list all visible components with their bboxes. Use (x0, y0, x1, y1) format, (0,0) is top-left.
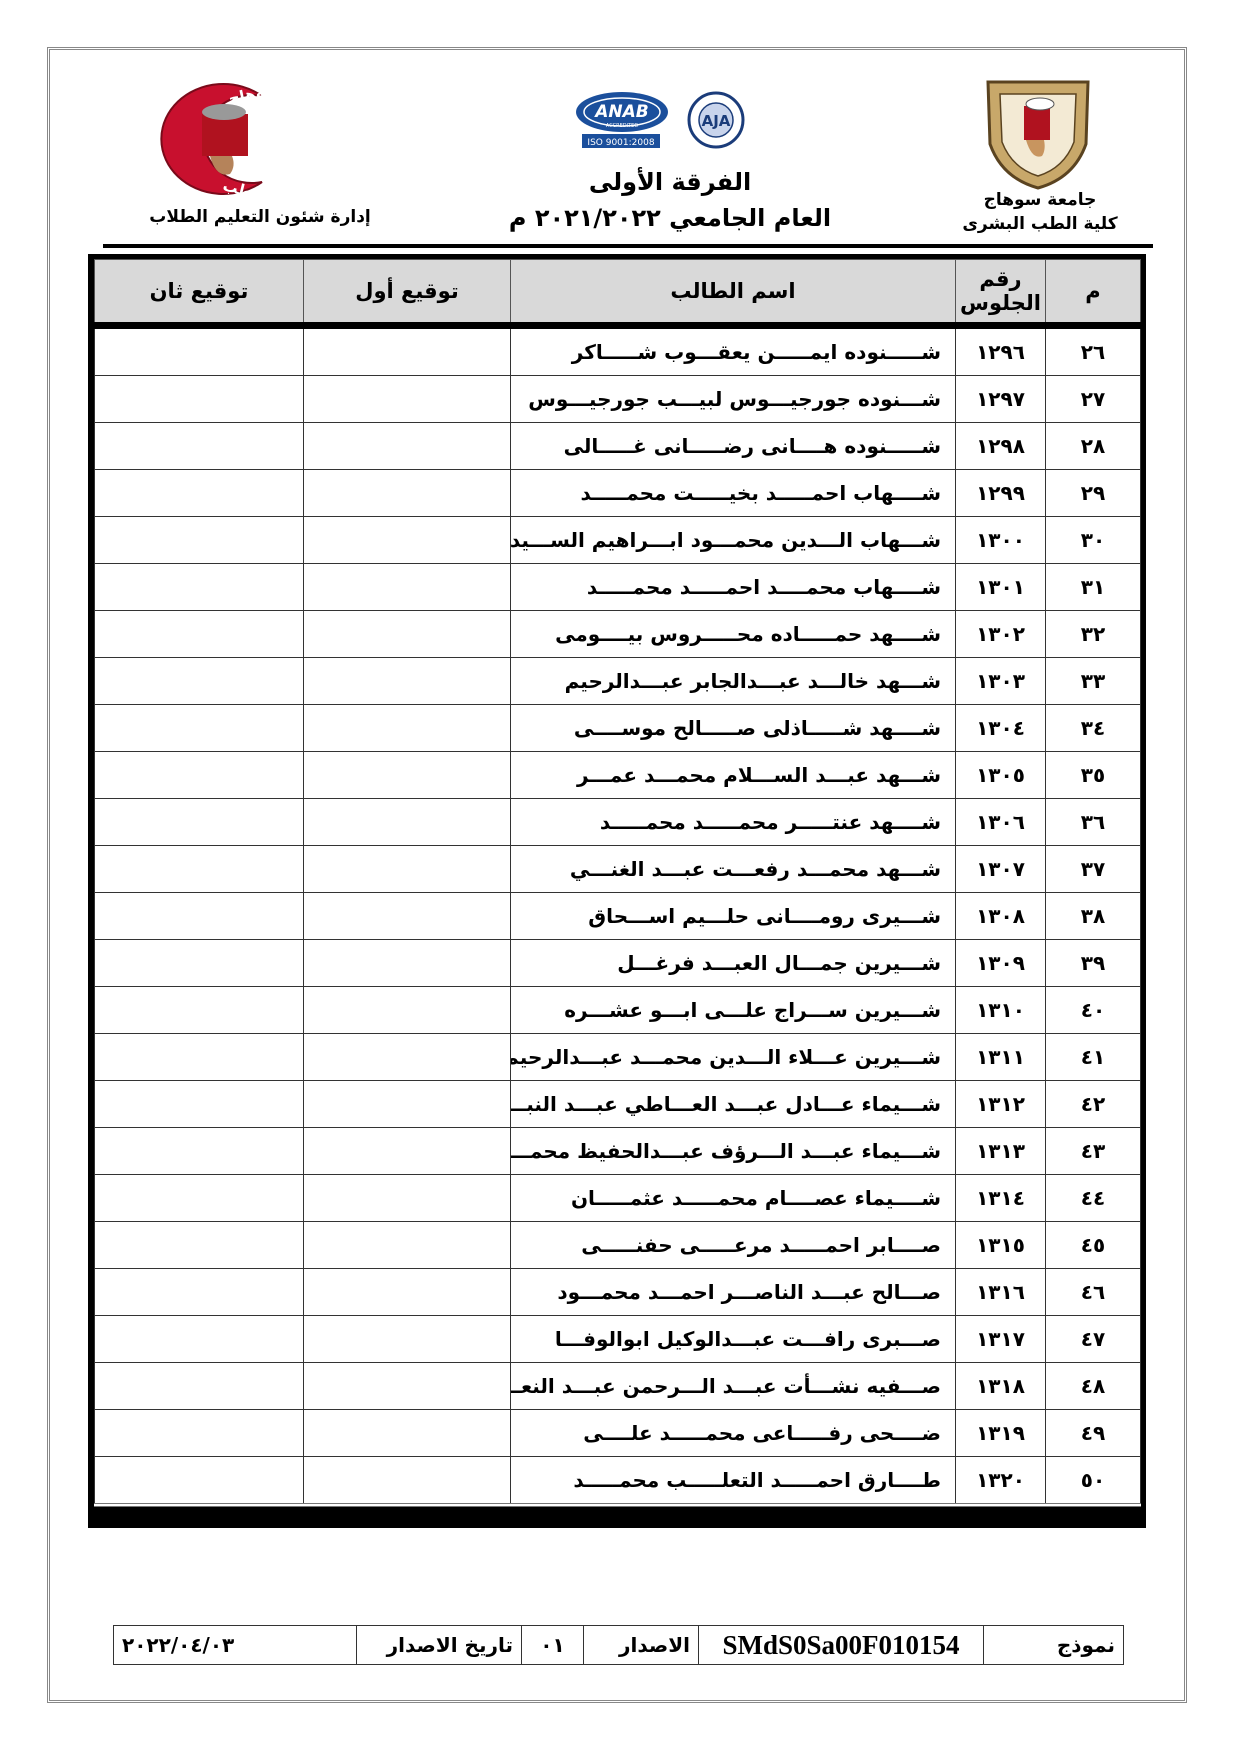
seat-number: ١٣٠٠ (956, 517, 1046, 564)
first-signature-cell[interactable] (304, 1222, 511, 1269)
faculty-logo: جامعة سوهاج كلية الطب (112, 78, 312, 198)
table-row: ٤١١٣١١شـــيرين عـــلاء الـــدين محمـــد … (95, 1034, 1141, 1081)
issue-date: ٢٠٢٢/٠٤/٠٣ (114, 1626, 357, 1665)
seat-number: ١٣٠١ (956, 564, 1046, 611)
student-name: شـــهد خالـــد عبـــدالجابر عبـــدالرحيم (511, 658, 956, 705)
second-signature-cell[interactable] (95, 423, 304, 470)
student-name: شـــيرين عـــلاء الـــدين محمـــد عبـــد… (511, 1034, 956, 1081)
student-name: شـــهاب الـــدين محمـــود ابـــراهيم الس… (511, 517, 956, 564)
row-index: ٤٩ (1046, 1410, 1141, 1457)
seat-number: ١٣٠٧ (956, 846, 1046, 893)
first-signature-cell[interactable] (304, 517, 511, 564)
student-name: شـــهد محمـــد رفعـــت عبـــد الغنـــي (511, 846, 956, 893)
row-index: ٣٥ (1046, 752, 1141, 799)
row-index: ٤٨ (1046, 1363, 1141, 1410)
svg-text:ACCREDITED: ACCREDITED (606, 123, 638, 129)
svg-text:AJA: AJA (702, 112, 731, 130)
student-name: شـــيرين ســـراج علـــى ابـــو عشـــره (511, 987, 956, 1034)
second-signature-cell[interactable] (95, 470, 304, 517)
row-index: ٣٦ (1046, 799, 1141, 846)
row-index: ٤٠ (1046, 987, 1141, 1034)
col-header-first-signature: توقيع أول (304, 260, 511, 326)
university-name: جامعة سوهاج (960, 188, 1120, 212)
row-index: ٢٦ (1046, 326, 1141, 376)
second-signature-cell[interactable] (95, 1363, 304, 1410)
table-row: ٢٧١٢٩٧شـــنوده جورجيـــوس لبيـــب جورجيـ… (95, 376, 1141, 423)
first-signature-cell[interactable] (304, 987, 511, 1034)
form-info-table: نموذج SMdS0Sa00F010154 الاصدار ٠١ تاريخ … (113, 1625, 1124, 1665)
row-index: ٤١ (1046, 1034, 1141, 1081)
first-signature-cell[interactable] (304, 326, 511, 376)
student-name: شـــــنوده هــــانى رضـــــانى غـــــالى (511, 423, 956, 470)
table-row: ٣٨١٣٠٨شـــيرى رومــــانى حلـــيم اســـحا… (95, 893, 1141, 940)
first-signature-cell[interactable] (304, 1128, 511, 1175)
table-row: ٣٥١٣٠٥شـــهد عبـــد الســـلام محمـــد عم… (95, 752, 1141, 799)
first-signature-cell[interactable] (304, 1034, 511, 1081)
student-name: شــــيماء عصــــام محمـــــد عثمـــــان (511, 1175, 956, 1222)
second-signature-cell[interactable] (95, 611, 304, 658)
first-signature-cell[interactable] (304, 705, 511, 752)
row-index: ٣٣ (1046, 658, 1141, 705)
second-signature-cell[interactable] (95, 1128, 304, 1175)
table-row: ٣٦١٣٠٦شــــهد عنتـــــر محمـــــد محمـــ… (95, 799, 1141, 846)
seat-number: ١٣١٠ (956, 987, 1046, 1034)
seat-number: ١٣٠٩ (956, 940, 1046, 987)
student-name: طــــارق احمـــــد التعلـــــب محمـــــد (511, 1457, 956, 1506)
first-signature-cell[interactable] (304, 1175, 511, 1222)
student-name: شــــهاب احمـــــد بخيـــــت محمـــــد (511, 470, 956, 517)
table-row: ٤٩١٣١٩ضــــحى رفـــــاعى محمـــــد علـــ… (95, 1410, 1141, 1457)
second-signature-cell[interactable] (95, 893, 304, 940)
row-index: ٣٧ (1046, 846, 1141, 893)
aja-logo: AJA (689, 93, 743, 147)
second-signature-cell[interactable] (95, 1081, 304, 1128)
second-signature-cell[interactable] (95, 1316, 304, 1363)
row-index: ٢٩ (1046, 470, 1141, 517)
logo-text-top: جامعة سوهاج (227, 78, 312, 108)
seat-number: ١٣٠٦ (956, 799, 1046, 846)
student-name: شـــيماء عـــادل عبـــد العـــاطي عبـــد… (511, 1081, 956, 1128)
header-rule (103, 244, 1153, 248)
seat-number: ١٣١٨ (956, 1363, 1046, 1410)
first-signature-cell[interactable] (304, 1363, 511, 1410)
second-signature-cell[interactable] (95, 1269, 304, 1316)
row-index: ٤٧ (1046, 1316, 1141, 1363)
first-signature-cell[interactable] (304, 470, 511, 517)
second-signature-cell[interactable] (95, 752, 304, 799)
seat-number: ١٣٠٨ (956, 893, 1046, 940)
student-name: شـــهد عبـــد الســـلام محمـــد عمـــر (511, 752, 956, 799)
svg-text:ISO 9001:2008: ISO 9001:2008 (587, 138, 654, 148)
second-signature-cell[interactable] (95, 564, 304, 611)
logo-text-bottom: كلية الطب (221, 176, 300, 198)
second-signature-cell[interactable] (95, 1034, 304, 1081)
second-signature-cell[interactable] (95, 376, 304, 423)
first-signature-cell[interactable] (304, 1410, 511, 1457)
student-name: شــــهد عنتـــــر محمـــــد محمـــــد (511, 799, 956, 846)
second-signature-cell[interactable] (95, 799, 304, 846)
issue-label: الاصدار (584, 1626, 699, 1665)
first-signature-cell[interactable] (304, 376, 511, 423)
student-name: شـــنوده جورجيـــوس لبيـــب جورجيـــوس (511, 376, 956, 423)
table-row: ٣٧١٣٠٧شـــهد محمـــد رفعـــت عبـــد الغن… (95, 846, 1141, 893)
table-header-row: م رقم الجلوس اسم الطالب توقيع أول توقيع … (95, 260, 1141, 326)
table-row: ٤٧١٣١٧صـــبرى رافـــت عبـــدالوكيل ابوال… (95, 1316, 1141, 1363)
row-index: ٢٧ (1046, 376, 1141, 423)
accreditation-logos: ANAB ACCREDITED ISO 9001:2008 AJA (570, 90, 760, 154)
table-row: ٢٨١٢٩٨شـــــنوده هــــانى رضـــــانى غــ… (95, 423, 1141, 470)
first-signature-cell[interactable] (304, 1457, 511, 1506)
table-row: ٣٢١٣٠٢شــــهد حمـــــاده محـــــروس بيــ… (95, 611, 1141, 658)
first-signature-cell[interactable] (304, 1081, 511, 1128)
student-name: صــــابر احمـــــد مرعـــــى حفنـــــى (511, 1222, 956, 1269)
student-name: شــــهد شـــــاذلى صـــــالح موســــى (511, 705, 956, 752)
seat-number: ١٣١٤ (956, 1175, 1046, 1222)
second-signature-cell[interactable] (95, 846, 304, 893)
col-header-second-signature: توقيع ثان (95, 260, 304, 326)
form-code: SMdS0Sa00F010154 (699, 1626, 984, 1665)
anab-logo: ANAB ACCREDITED ISO 9001:2008 (576, 92, 668, 148)
row-index: ٣٤ (1046, 705, 1141, 752)
first-signature-cell[interactable] (304, 893, 511, 940)
svg-text:ANAB: ANAB (593, 102, 649, 122)
second-signature-cell[interactable] (95, 1222, 304, 1269)
first-signature-cell[interactable] (304, 940, 511, 987)
grade-title: الفرقة الأولى (480, 168, 860, 196)
table-row: ٤٥١٣١٥صــــابر احمـــــد مرعـــــى حفنــ… (95, 1222, 1141, 1269)
student-name: شـــيماء عبـــد الـــرؤف عبـــدالحفيظ مح… (511, 1128, 956, 1175)
seat-number: ١٣٢٠ (956, 1457, 1046, 1506)
student-name: ضــــحى رفـــــاعى محمـــــد علــــى (511, 1410, 956, 1457)
first-signature-cell[interactable] (304, 799, 511, 846)
row-index: ٣٢ (1046, 611, 1141, 658)
row-index: ٣٨ (1046, 893, 1141, 940)
table-row: ٣٩١٣٠٩شـــيرين جمـــال العبـــد فرغـــل (95, 940, 1141, 987)
table-row: ٤٨١٣١٨صـــفيه نشـــأت عبـــد الـــرحمن ع… (95, 1363, 1141, 1410)
row-index: ٤٦ (1046, 1269, 1141, 1316)
department-label: إدارة شئون التعليم الطلاب (140, 207, 380, 227)
table-row: ٤٠١٣١٠شـــيرين ســـراج علـــى ابـــو عشـ… (95, 987, 1141, 1034)
student-name: شـــيرى رومــــانى حلـــيم اســـحاق (511, 893, 956, 940)
row-index: ٣٩ (1046, 940, 1141, 987)
faculty-name: كلية الطب البشرى (960, 212, 1120, 236)
academic-year-title: العام الجامعي ٢٠٢١/٢٠٢٢ م (470, 204, 870, 232)
form-footer: نموذج SMdS0Sa00F010154 الاصدار ٠١ تاريخ … (113, 1625, 1123, 1665)
table-row: ٢٩١٢٩٩شــــهاب احمـــــد بخيـــــت محمــ… (95, 470, 1141, 517)
table-row: ٣١١٣٠١شــــهاب محمــــد احمـــــد محمـــ… (95, 564, 1141, 611)
table-row: ٣٤١٣٠٤شــــهد شـــــاذلى صـــــالح موســ… (95, 705, 1141, 752)
seat-number: ١٣١٣ (956, 1128, 1046, 1175)
seat-number: ١٣١٢ (956, 1081, 1046, 1128)
table-row: ٢٦١٢٩٦شـــــنوده ايمـــــن يعقـــوب شـــ… (95, 326, 1141, 376)
first-signature-cell[interactable] (304, 564, 511, 611)
roster-body: ٢٦١٢٩٦شـــــنوده ايمـــــن يعقـــوب شـــ… (95, 326, 1141, 1506)
student-name: شـــيرين جمـــال العبـــد فرغـــل (511, 940, 956, 987)
second-signature-cell[interactable] (95, 1457, 304, 1506)
seat-number: ١٣١٥ (956, 1222, 1046, 1269)
table-row: ٥٠١٣٢٠طــــارق احمـــــد التعلـــــب محم… (95, 1457, 1141, 1506)
table-row: ٤٢١٣١٢شـــيماء عـــادل عبـــد العـــاطي … (95, 1081, 1141, 1128)
student-name: صـــفيه نشـــأت عبـــد الـــرحمن عبـــد … (511, 1363, 956, 1410)
row-index: ٤٤ (1046, 1175, 1141, 1222)
roster-table: م رقم الجلوس اسم الطالب توقيع أول توقيع … (94, 259, 1141, 1507)
second-signature-cell[interactable] (95, 517, 304, 564)
row-index: ٤٥ (1046, 1222, 1141, 1269)
table-row: ٣٠١٣٠٠شـــهاب الـــدين محمـــود ابـــراه… (95, 517, 1141, 564)
second-signature-cell[interactable] (95, 658, 304, 705)
row-index: ٣٠ (1046, 517, 1141, 564)
table-row: ٣٣١٣٠٣شـــهد خالـــد عبـــدالجابر عبـــد… (95, 658, 1141, 705)
first-signature-cell[interactable] (304, 423, 511, 470)
seat-number: ١٢٩٩ (956, 470, 1046, 517)
second-signature-cell[interactable] (95, 940, 304, 987)
row-index: ٤٣ (1046, 1128, 1141, 1175)
first-signature-cell[interactable] (304, 752, 511, 799)
first-signature-cell[interactable] (304, 658, 511, 705)
first-signature-cell[interactable] (304, 1316, 511, 1363)
first-signature-cell[interactable] (304, 611, 511, 658)
university-crest (978, 74, 1098, 192)
seat-number: ١٢٩٨ (956, 423, 1046, 470)
row-index: ٣١ (1046, 564, 1141, 611)
col-header-student-name: اسم الطالب (511, 260, 956, 326)
student-name: صـــالح عبـــد الناصـــر احمـــد محمـــو… (511, 1269, 956, 1316)
second-signature-cell[interactable] (95, 987, 304, 1034)
student-name: شـــــنوده ايمـــــن يعقـــوب شـــــاكر (511, 326, 956, 376)
table-row: ٤٣١٣١٣شـــيماء عبـــد الـــرؤف عبـــدالح… (95, 1128, 1141, 1175)
second-signature-cell[interactable] (95, 1410, 304, 1457)
seat-number: ١٣١١ (956, 1034, 1046, 1081)
row-index: ٥٠ (1046, 1457, 1141, 1506)
issue-number: ٠١ (522, 1626, 584, 1665)
university-label: جامعة سوهاج كلية الطب البشرى (960, 188, 1120, 236)
second-signature-cell[interactable] (95, 705, 304, 752)
second-signature-cell[interactable] (95, 1175, 304, 1222)
roster-table-frame: م رقم الجلوس اسم الطالب توقيع أول توقيع … (88, 254, 1146, 1528)
first-signature-cell[interactable] (304, 1269, 511, 1316)
seat-number: ١٣١٧ (956, 1316, 1046, 1363)
table-row: ٤٤١٣١٤شــــيماء عصــــام محمـــــد عثمــ… (95, 1175, 1141, 1222)
seat-number: ١٣٠٢ (956, 611, 1046, 658)
seat-number: ١٣٠٣ (956, 658, 1046, 705)
second-signature-cell[interactable] (95, 326, 304, 376)
seat-number: ١٣٠٤ (956, 705, 1046, 752)
student-name: شــــهاب محمــــد احمـــــد محمـــــد (511, 564, 956, 611)
row-index: ٢٨ (1046, 423, 1141, 470)
seat-number: ١٣٠٥ (956, 752, 1046, 799)
seat-number: ١٣١٦ (956, 1269, 1046, 1316)
col-header-seat-number: رقم الجلوس (956, 260, 1046, 326)
seat-number: ١٢٩٦ (956, 326, 1046, 376)
seat-number: ١٢٩٧ (956, 376, 1046, 423)
form-label: نموذج (984, 1626, 1124, 1665)
first-signature-cell[interactable] (304, 846, 511, 893)
seat-number: ١٣١٩ (956, 1410, 1046, 1457)
col-header-index: م (1046, 260, 1141, 326)
student-name: شــــهد حمـــــاده محـــــروس بيــــومى (511, 611, 956, 658)
table-row: ٤٦١٣١٦صـــالح عبـــد الناصـــر احمـــد م… (95, 1269, 1141, 1316)
student-name: صـــبرى رافـــت عبـــدالوكيل ابوالوفـــا (511, 1316, 956, 1363)
row-index: ٤٢ (1046, 1081, 1141, 1128)
issue-date-label: تاريخ الاصدار (357, 1626, 522, 1665)
